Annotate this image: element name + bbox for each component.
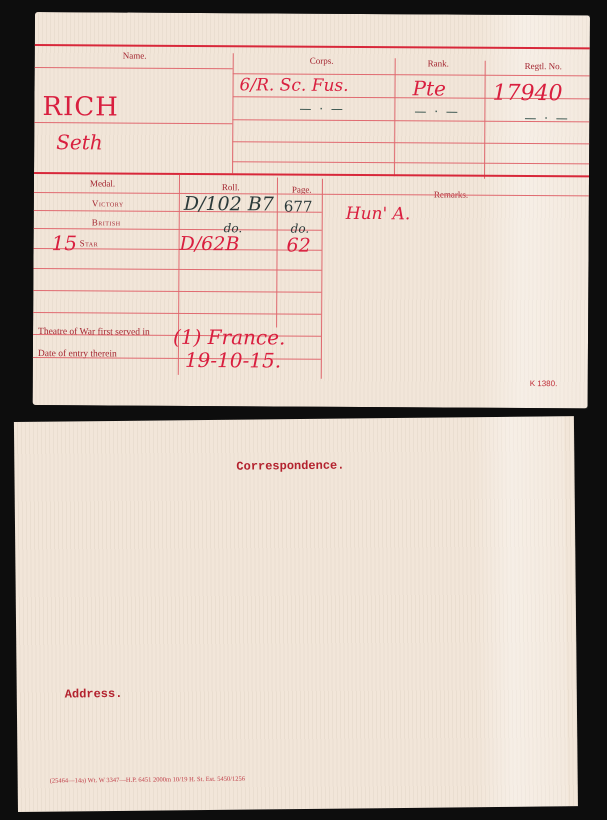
correspondence-label: Correspondence. [236, 459, 344, 474]
header-regt-no: Regtl. No. [525, 61, 562, 71]
regt-no-ditto: — · — [524, 111, 570, 125]
surname: RICH [42, 92, 119, 122]
rule [35, 67, 233, 69]
medal-star: Star [80, 238, 99, 248]
header-rank: Rank. [428, 58, 449, 68]
medal-victory: Victory [92, 198, 124, 208]
rule [232, 141, 589, 144]
roll-victory: D/102 B7 [184, 193, 274, 216]
divider [394, 58, 396, 176]
header-roll: Roll. [222, 182, 240, 192]
forename: Seth [56, 130, 103, 154]
rule [34, 122, 232, 124]
header-medal: Medal. [90, 178, 115, 188]
medal-british: British [92, 217, 121, 227]
divider [321, 179, 323, 379]
date-label: Date of entry therein [38, 349, 117, 359]
divider [484, 61, 486, 179]
page-victory: 677 [284, 198, 313, 216]
rule [33, 290, 321, 293]
page-british: do. [291, 222, 310, 236]
rule [232, 161, 589, 164]
medal-section-rule [34, 172, 589, 177]
regt-no-value: 17940 [492, 81, 562, 106]
theatre-label: Theatre of War first served in [38, 327, 150, 338]
page-star: 62 [287, 235, 311, 257]
divider [232, 53, 234, 173]
remarks-value: Hun' A. [346, 204, 411, 224]
header-name: Name. [123, 51, 147, 61]
header-corps: Corps. [310, 56, 334, 66]
rank-ditto: — · — [414, 104, 460, 118]
light-glare [474, 416, 568, 807]
medal-star-prefix: 15 [52, 231, 78, 255]
rank-value: Pte [412, 76, 445, 100]
theatre-value: (1) France. [173, 325, 285, 350]
roll-star: D/62B [180, 233, 240, 255]
medal-card-front: Name. Corps. Rank. Regtl. No. RICH Seth … [33, 12, 590, 408]
printer-line: (25464—14a) Wt. W 3347—H.P. 6451 2000m 1… [50, 776, 245, 785]
corps-value: 6/R. Sc. Fus. [239, 75, 348, 96]
divider [276, 177, 278, 327]
form-number: K 1380. [530, 379, 558, 388]
date-value: 19-10-15. [185, 348, 281, 373]
medal-card-back: Correspondence. Address. (25464—14a) Wt.… [14, 416, 578, 812]
corps-ditto: — · — [299, 102, 345, 116]
address-label: Address. [65, 687, 123, 702]
top-rule [35, 44, 590, 49]
light-glare [478, 15, 590, 409]
